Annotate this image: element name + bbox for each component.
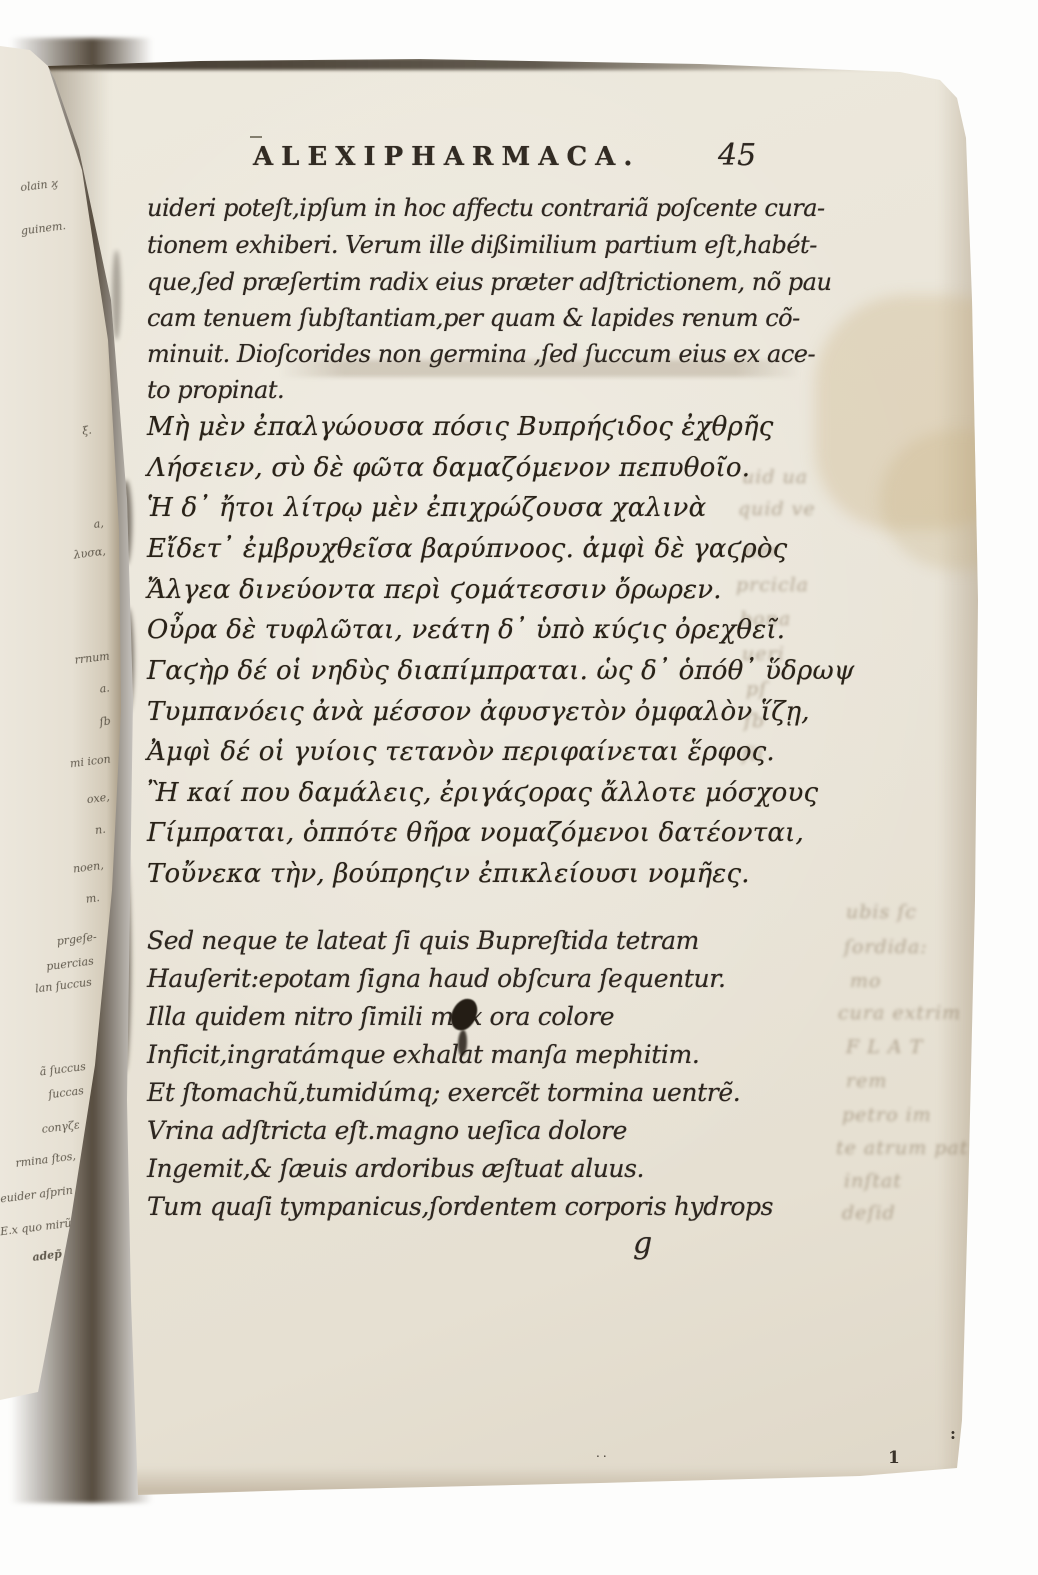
greek-verse-line: Ἢ καί που δαμάλεις, ἐριγάϛορας ἄλλοτε μό… bbox=[147, 780, 818, 806]
scratch-mark bbox=[250, 136, 262, 138]
latin-verse-line: Sed neque te lateat ſi quis Bupreſtida t… bbox=[147, 928, 699, 953]
facing-page-fragment: m. bbox=[0, 892, 103, 915]
show-through-text: te atrum pat bbox=[836, 1139, 968, 1158]
show-through-text: deſid bbox=[842, 1204, 896, 1223]
greek-verse-line: Μὴ μὲν ἐπαλγώουσα πόσις Βυπρήϛιδος ἐχθρῆ… bbox=[147, 414, 773, 440]
show-through-text: petro im bbox=[842, 1106, 932, 1125]
show-through-text: quid ve bbox=[738, 500, 816, 519]
latin-verse-line: Tum quaſi tympanicus,ſordentem corporis … bbox=[147, 1194, 773, 1219]
show-through-text: inſtat bbox=[844, 1172, 902, 1191]
facing-page-fragment: conγζε bbox=[0, 1119, 83, 1140]
facing-page-fragment: a. bbox=[0, 682, 113, 707]
latin-paragraph-line: tionem exhiberi. Verum ille dißimilium p… bbox=[147, 233, 817, 257]
facing-page-fragment: prgeſe- bbox=[0, 931, 100, 954]
book-page: uid ua quid ve ner prcicla bona ueri pſ … bbox=[0, 0, 1038, 1575]
greek-verse-line: Οὖρα δὲ τυφλῶται, νεάτη δ᾽ ὑπὸ κύϛις ὀρε… bbox=[147, 617, 785, 643]
greek-verse-line: Λήσειεν, σὺ δὲ φῶτα δαμαζόμενον πεπυθοῖο… bbox=[147, 455, 750, 481]
facing-page-fragment: euider aſprin bbox=[0, 1184, 75, 1204]
latin-verse-line: Ingemit,& ſæuis ardoribus æſtuat aluus. bbox=[147, 1156, 644, 1181]
show-through-text: F L A T bbox=[846, 1038, 923, 1057]
show-through-text: mo bbox=[850, 972, 881, 991]
latin-verse-line: Et ſtomachũ,tumidúmq; exercẽt tormina ue… bbox=[147, 1080, 740, 1105]
greek-verse-line: Γαϛὴρ δέ οἱ νηδὺς διαπίμπραται. ὡς δ᾽ ὁπ… bbox=[147, 658, 855, 684]
facing-page-fragment: E.x quo mirũ bbox=[0, 1218, 71, 1238]
greek-verse-line: Τυμπανόεις ἀνὰ μέσσον ἀφυσγετὸν ὀμφαλὸν … bbox=[147, 699, 810, 725]
latin-paragraph-line: uideri poteſt,ipſum in hoc affectu contr… bbox=[147, 196, 825, 220]
scratch-mark bbox=[820, 34, 826, 49]
facing-page-fragment: mi icon bbox=[0, 753, 114, 778]
latin-paragraph-line: que,ſed præſertim radix eius præter adſt… bbox=[147, 270, 831, 294]
facing-page-fragment: guinem. bbox=[0, 220, 69, 239]
greek-verse-line: Ἄλγεα δινεύοντα περὶ ϛομάτεσσιν ὄρωρεν. bbox=[147, 577, 722, 603]
latin-paragraph-line: to propinat. bbox=[147, 378, 284, 402]
ink-mark: 1 bbox=[888, 1448, 900, 1468]
facing-page-fragment: rmina ſtos, bbox=[0, 1150, 79, 1171]
facing-page-fragment: n. bbox=[0, 823, 109, 847]
latin-paragraph-line: cam tenuem ſubſtantiam,per quam & lapide… bbox=[147, 306, 800, 330]
facing-page-fragment: ſuccas bbox=[0, 1085, 87, 1107]
page-number: 45 bbox=[718, 138, 756, 173]
show-through-text: ſordida: bbox=[844, 938, 928, 957]
page-edge-right bbox=[938, 0, 983, 1575]
latin-verse-line: Inficit,ingratámque exhalat manſa mephit… bbox=[147, 1042, 699, 1067]
facing-page-fragment: ſb bbox=[0, 715, 114, 740]
show-through-text: cura extrim bbox=[838, 1004, 961, 1023]
facing-page-fragment: lan ſuccus bbox=[0, 976, 95, 998]
show-through-text: prcicla bbox=[736, 576, 809, 595]
facing-page-fragment: λυσα, bbox=[0, 545, 109, 569]
facing-page-fragment: oxe, bbox=[0, 791, 113, 816]
facing-page-fragment: noen, bbox=[0, 860, 107, 884]
greek-verse-line: Τοὔνεκα τὴν, βούπρηϛιν ἐπικλείουσι νομῆε… bbox=[147, 861, 750, 887]
ink-mark: : bbox=[950, 1424, 956, 1443]
book-photograph: olain ϗ guinem. ξ. a, λυσα, rrnum a. ſb … bbox=[0, 0, 1038, 1575]
greek-verse-line: Εἴδετ᾽ ἐμβρυχθεῖσα βαρύπνοος. ἀμφὶ δὲ γα… bbox=[147, 536, 787, 562]
page-edge-top bbox=[40, 58, 940, 70]
facing-page-fragment: olain ϗ bbox=[0, 177, 61, 195]
facing-page-fragment: a, bbox=[0, 518, 107, 542]
latin-verse-line: Vrina adſtricta eſt.magno ueſica dolore bbox=[147, 1118, 627, 1143]
show-through-text: rem bbox=[846, 1072, 887, 1091]
facing-page-fragment: ξ. bbox=[0, 424, 95, 446]
foxing-stain bbox=[880, 430, 1030, 570]
facing-page-fragment: puercias bbox=[0, 955, 97, 978]
show-through-text: uid ua bbox=[742, 468, 808, 487]
facing-page-fragment: adep̃ bbox=[0, 1248, 65, 1267]
signature-mark: g bbox=[633, 1226, 652, 1261]
ink-mark: .. bbox=[596, 1446, 610, 1460]
page-edge-bottom bbox=[0, 1467, 1038, 1497]
greek-verse-line: Γίμπραται, ὁππότε θῆρα νομαζόμενοι δατέο… bbox=[147, 820, 804, 846]
latin-paragraph-line: minuit. Dioſcorides non germina ,ſed ſuc… bbox=[147, 342, 815, 366]
gutter-crease bbox=[112, 250, 121, 340]
facing-page-fragment: rrnum bbox=[0, 650, 113, 675]
running-title: ALEXIPHARMACA. bbox=[253, 142, 640, 172]
latin-verse-line: Hauſerit:epotam ſigna haud obſcura ſeque… bbox=[147, 966, 726, 991]
show-through-text: ubis ſc bbox=[846, 903, 917, 922]
greek-verse-line: Ἡ δ᾽ ἤτοι λίτρῳ μὲν ἐπιχρώζουσα χαλινὰ bbox=[147, 495, 706, 521]
latin-verse-line: Illa quidem nitro ſimili mox ora colore bbox=[147, 1004, 614, 1029]
greek-verse-line: Ἀμφὶ δέ οἱ γυίοις τετανὸν περιφαίνεται ἕ… bbox=[147, 739, 775, 765]
facing-page-fragment: ã ſuccus bbox=[0, 1061, 89, 1083]
